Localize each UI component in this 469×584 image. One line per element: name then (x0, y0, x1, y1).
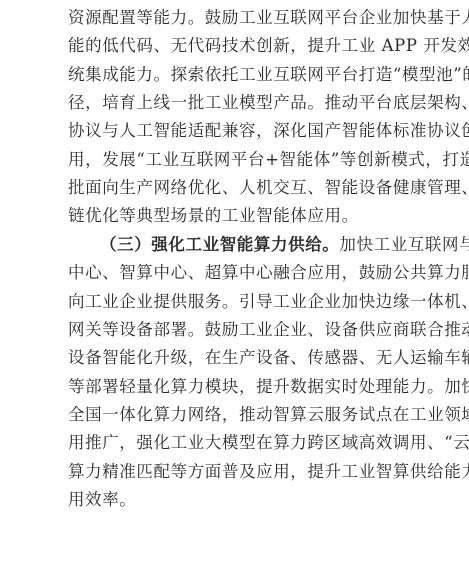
document-page-lower (0, 0, 469, 584)
